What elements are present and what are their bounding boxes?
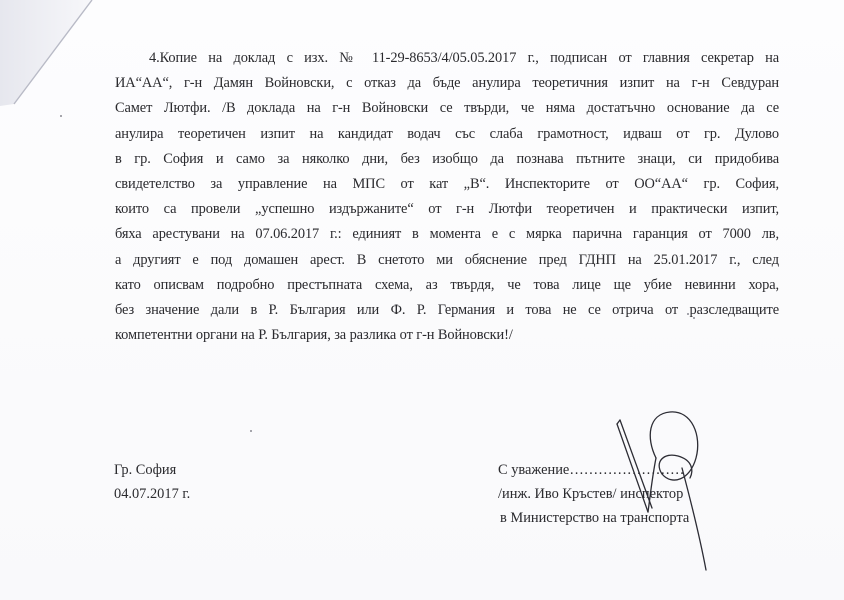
scan-speck bbox=[60, 115, 62, 117]
scan-speck bbox=[250, 430, 252, 432]
closing: С уважение…………………… bbox=[498, 458, 689, 482]
scan-speck bbox=[700, 310, 702, 312]
paragraph-line: в гр. София и само за няколко дни, без и… bbox=[115, 147, 779, 172]
institution: в Министерство на транспорта bbox=[498, 506, 689, 530]
scanned-page: 4.Копие на доклад с изх. № 11-29-8653/4/… bbox=[0, 0, 844, 600]
signatory-name: /инж. Иво Кръстев/ инспектор bbox=[498, 482, 689, 506]
scan-speck bbox=[693, 317, 695, 319]
paragraph-line: бяха арестувани на 07.06.2017 г.: единия… bbox=[115, 222, 779, 247]
paragraph-line: компетентни органи на Р. България, за ра… bbox=[115, 323, 779, 348]
paragraph-line: които са провели „успешно издържаните“ о… bbox=[115, 197, 779, 222]
paragraph-line: без значение дали в Р. България или Ф. Р… bbox=[115, 298, 779, 323]
paragraph-line: а другият е под домашен арест. В снетото… bbox=[115, 248, 779, 273]
paragraph-line: 4.Копие на доклад с изх. № 11-29-8653/4/… bbox=[115, 46, 779, 71]
folded-corner-shadow bbox=[0, 0, 100, 110]
place-and-date: Гр. София 04.07.2017 г. bbox=[114, 458, 190, 506]
scan-speck bbox=[687, 313, 689, 315]
paragraph-line: анулира теоретичен изпит на кандидат вод… bbox=[115, 122, 779, 147]
paragraph-item-4: 4.Копие на доклад с изх. № 11-29-8653/4/… bbox=[115, 46, 779, 348]
paragraph-line: свидетелство за управление на МПС от кат… bbox=[115, 172, 779, 197]
paragraph-line: Самет Лютфи. /В доклада на г-н Войновски… bbox=[115, 96, 779, 121]
paragraph-line: ИА“АА“, г-н Дамян Войновски, с отказ да … bbox=[115, 71, 779, 96]
paragraph-line: като описвам подробно престъпната схема,… bbox=[115, 273, 779, 298]
date: 04.07.2017 г. bbox=[114, 482, 190, 506]
place: Гр. София bbox=[114, 458, 190, 482]
signature-block: С уважение…………………… /инж. Иво Кръстев/ ин… bbox=[498, 458, 689, 530]
